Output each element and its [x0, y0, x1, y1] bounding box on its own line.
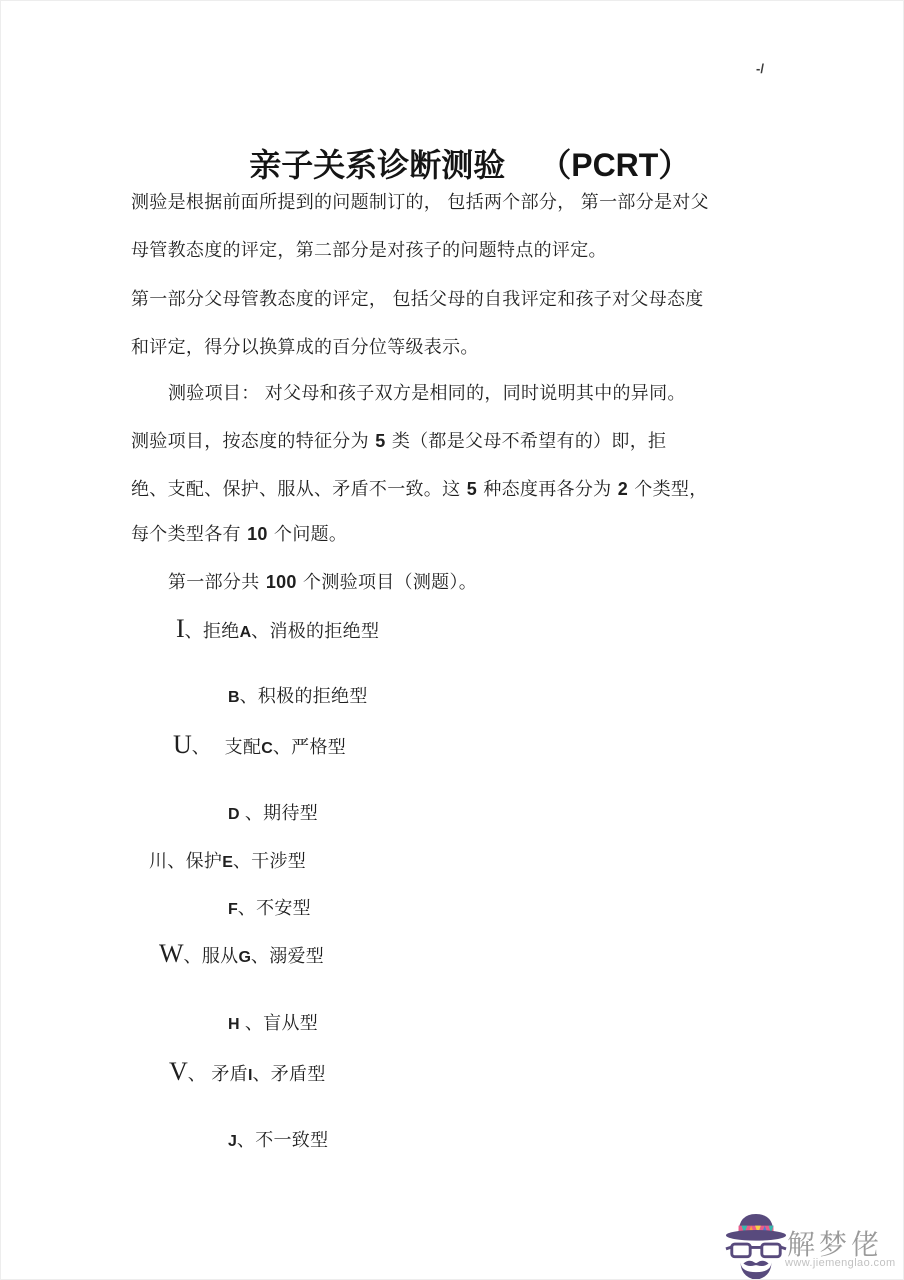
list-item-segment-letter: F [228, 901, 238, 918]
text-line: 母管教态度的评定，第二部分是对孩子的问题特点的评定。 [131, 239, 607, 262]
text-line: 测验项目： 对父母和孩子双方是相同的，同时说明其中的异同。 [168, 382, 686, 405]
list-item: W、服从G、溺爱型 [159, 939, 324, 969]
list-item-segment-letter: H [228, 1016, 240, 1033]
list-item: F、不安型 [228, 894, 311, 920]
text-line: 和评定，得分以换算成的百分位等级表示。 [131, 336, 479, 359]
list-item: J、不一致型 [228, 1126, 328, 1152]
list-item-segment-cn: 、盲从型 [240, 1013, 319, 1033]
list-item-segment-cn: 、期待型 [240, 803, 319, 823]
document-page: -/ 亲子关系诊断测验（PCRT） 测验是根据前面所提到的问题制订的， 包括两个… [0, 0, 904, 1280]
text-line: 测验是根据前面所提到的问题制订的， 包括两个部分， 第一部分是对父 [131, 191, 709, 214]
list-item: 川、保护E、干涉型 [149, 847, 306, 873]
watermark-url: www.jiemenglao.com [785, 1257, 896, 1269]
list-item-segment-roman: U [173, 730, 192, 759]
title-main: 亲子关系诊断测验 [249, 147, 505, 183]
list-item-segment-cn: 、积极的拒绝型 [240, 686, 368, 706]
list-item-segment-cn: 、服从 [184, 946, 239, 966]
list-item-segment-cn: 川、保护 [149, 851, 222, 871]
list-item-segment-cn: 、不一致型 [237, 1130, 329, 1150]
list-item-segment-roman: V [169, 1057, 188, 1086]
list-item-segment-cn: 、消极的拒绝型 [251, 621, 379, 641]
list-item-segment-letter: J [228, 1133, 237, 1150]
list-item: D 、期待型 [228, 799, 318, 825]
list-item: U、 支配C、严格型 [173, 730, 346, 760]
list-item-segment-letter: B [228, 689, 240, 706]
list-item-segment-cn: 、拒绝 [185, 621, 240, 641]
list-item-segment-cn: 、严格型 [273, 737, 346, 757]
title-paren: （PCRT） [539, 147, 690, 183]
list-item: H 、盲从型 [228, 1009, 318, 1035]
text-line: 第一部分父母管教态度的评定， 包括父母的自我评定和孩子对父母态度 [131, 288, 704, 311]
list-item: B、积极的拒绝型 [228, 682, 368, 708]
text-line: 绝、支配、保护、服从、矛盾不一致。这 5 种态度再各分为 2 个类型， [131, 478, 708, 501]
list-item-segment-cn: 、 支配 [192, 737, 262, 757]
list-item-segment-letter: C [261, 740, 273, 757]
text-line: 每个类型各有 10 个问题。 [131, 523, 347, 546]
list-item-segment-letter: D [228, 806, 240, 823]
list-item: I、拒绝A、消极的拒绝型 [176, 614, 379, 644]
page-corner-mark: -/ [756, 61, 764, 76]
list-item-segment-roman: I [176, 614, 185, 643]
list-item-segment-cn: 、 矛盾 [188, 1064, 248, 1084]
list-item-segment-roman: W [159, 939, 184, 968]
list-item-segment-cn: 、不安型 [238, 898, 311, 918]
list-item: V、 矛盾I、矛盾型 [169, 1057, 326, 1087]
mascot-man-hat-glasses-beard-icon [725, 1211, 787, 1280]
text-line: 测验项目，按态度的特征分为 5 类（都是父母不希望有的）即，拒 [131, 430, 666, 453]
list-item-segment-cn: 、溺爱型 [251, 946, 324, 966]
list-item-segment-letter: A [240, 624, 252, 641]
list-item-segment-cn: 、干涉型 [233, 851, 306, 871]
text-line: 第一部分共 100 个测验项目（测题）。 [168, 571, 477, 594]
watermark: 解梦佬 www.jiemenglao.com [725, 1211, 904, 1280]
list-item-segment-letter: G [238, 949, 250, 966]
list-item-segment-cn: 、矛盾型 [252, 1064, 325, 1084]
list-item-segment-letter: E [222, 854, 233, 871]
